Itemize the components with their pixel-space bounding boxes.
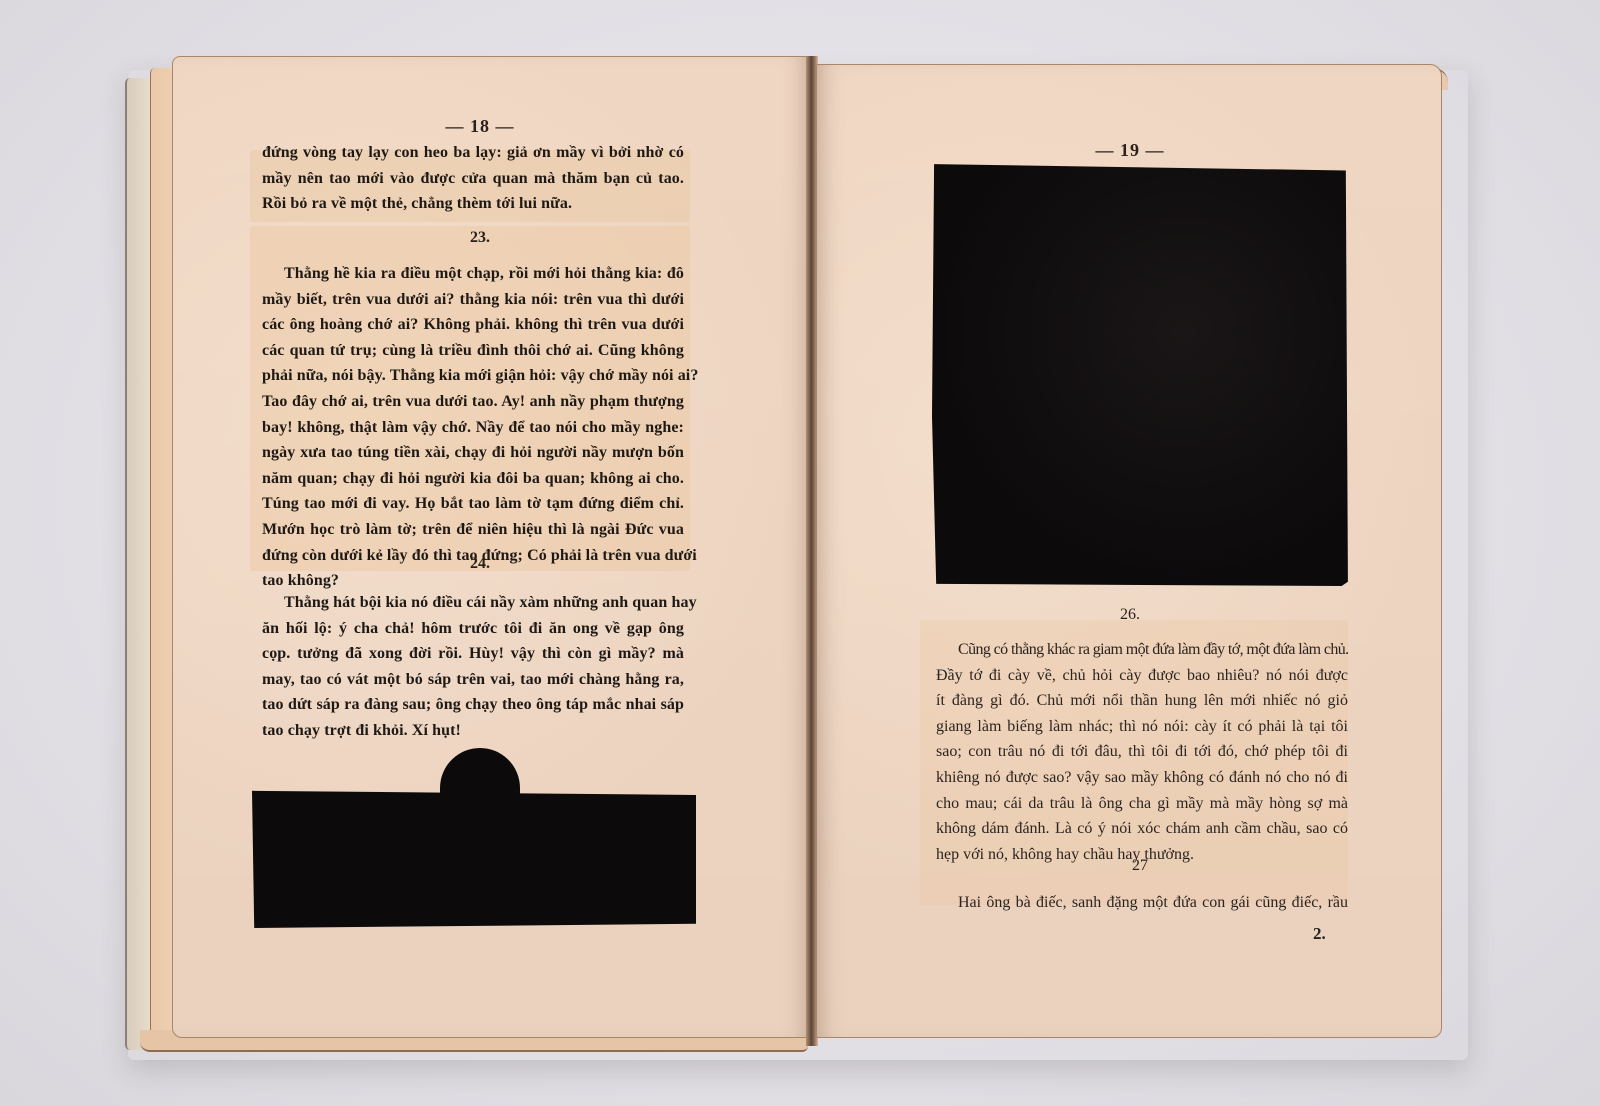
text-line: ít đàng gì đó. Chủ mới nổi thần hung lên… bbox=[936, 688, 1348, 714]
text-line: các ông hoàng chớ ai? Không phải. không … bbox=[262, 312, 684, 338]
text-line: phải nữa, nói bậy. Thằng kia mới giận hỏ… bbox=[262, 363, 684, 389]
text-line: Đầy tớ đi cày về, chủ hỏi cày được bao n… bbox=[936, 663, 1348, 689]
text-line: giang làm biếng làm nhác; thì nó nói: cà… bbox=[936, 714, 1348, 740]
text-line: ăn hối lộ: ý cha chả! hôm trước tôi đi ă… bbox=[262, 616, 684, 642]
text-line: mầy biết, trên vua dưới ai? thằng kia nó… bbox=[262, 287, 684, 313]
text-line: cho mau; cái da trâu là ông cha gì mầy m… bbox=[936, 791, 1348, 817]
signature-mark: 2. bbox=[1313, 924, 1326, 944]
section-number-24: 24. bbox=[430, 555, 530, 573]
text-line: Hai ông bà điếc, sanh đặng một đứa con g… bbox=[936, 890, 1348, 916]
section-23-paragraph: Thằng hề kia ra điều một chạp, rồi mới h… bbox=[262, 261, 684, 594]
section-24-paragraph: Thằng hát bội kia nó điều cái nầy xàm nh… bbox=[262, 590, 684, 744]
text-line: đứng vòng tay lạy con heo ba lạy: giả ơn… bbox=[262, 140, 684, 166]
section-27-paragraph: Hai ông bà điếc, sanh đặng một đứa con g… bbox=[936, 890, 1348, 916]
section-26-paragraph: Cũng có thằng khác ra giam một đứa làm đ… bbox=[936, 637, 1348, 867]
censored-illustration-square bbox=[932, 162, 1350, 586]
text-line: cọp. tưởng đã xong đời rồi. Hùy! vậy thì… bbox=[262, 641, 684, 667]
section-number-27: 27 bbox=[1110, 857, 1170, 875]
censored-illustration-bar bbox=[252, 788, 696, 928]
text-line: năm quan; chạy đi hỏi người kia đôi ba q… bbox=[262, 466, 684, 492]
text-line: các quan tứ trụ; cùng là triều đình thôi… bbox=[262, 338, 684, 364]
text-line: khiêng nó được sao? vậy sao mầy không có… bbox=[936, 765, 1348, 791]
text-line: Mướn học trò làm tờ; trên để niên hiệu t… bbox=[262, 517, 684, 543]
continuation-paragraph: đứng vòng tay lạy con heo ba lạy: giả ơn… bbox=[262, 140, 684, 217]
section-number-23: 23. bbox=[430, 229, 530, 247]
text-line: Thằng hát bội kia nó điều cái nầy xàm nh… bbox=[262, 590, 684, 616]
text-line: bay! không, thật làm vậy chớ. Nầy để tao… bbox=[262, 415, 684, 441]
text-line: Túng tao mới đi vay. Họ bắt tao làm tờ t… bbox=[262, 491, 684, 517]
text-line: Tao đây chớ ai, trên vua dưới tao. Ay! a… bbox=[262, 389, 684, 415]
text-line: mầy nên tao mới vào được cửa quan mà thă… bbox=[262, 166, 684, 192]
text-line: may, tao có vát một bó sáp trên vai, tao… bbox=[262, 667, 684, 693]
text-line: Thằng hề kia ra điều một chạp, rồi mới h… bbox=[262, 261, 684, 287]
text-line: ngày xưa tao túng tiền xài, chạy đi hỏi … bbox=[262, 440, 684, 466]
text-line: tao dứt sáp ra đàng sau; ông chạy theo ô… bbox=[262, 692, 684, 718]
page-number-left: — 18 — bbox=[430, 116, 530, 137]
text-line: Rồi bỏ ra về một thẻ, chẳng thèm tới lui… bbox=[262, 191, 684, 217]
page-number-right: — 19 — bbox=[1080, 140, 1180, 161]
text-line: sao; con trâu nó đi tới đâu, thì tôi đi … bbox=[936, 739, 1348, 765]
text-line: không dám đánh. Là có ý nói xóc chám anh… bbox=[936, 816, 1348, 842]
text-line: Cũng có thằng khác ra giam một đứa làm đ… bbox=[936, 637, 1348, 663]
text-line: tao chạy trợt đi khỏi. Xí hụt! bbox=[262, 718, 684, 744]
section-number-26: 26. bbox=[1090, 606, 1170, 624]
